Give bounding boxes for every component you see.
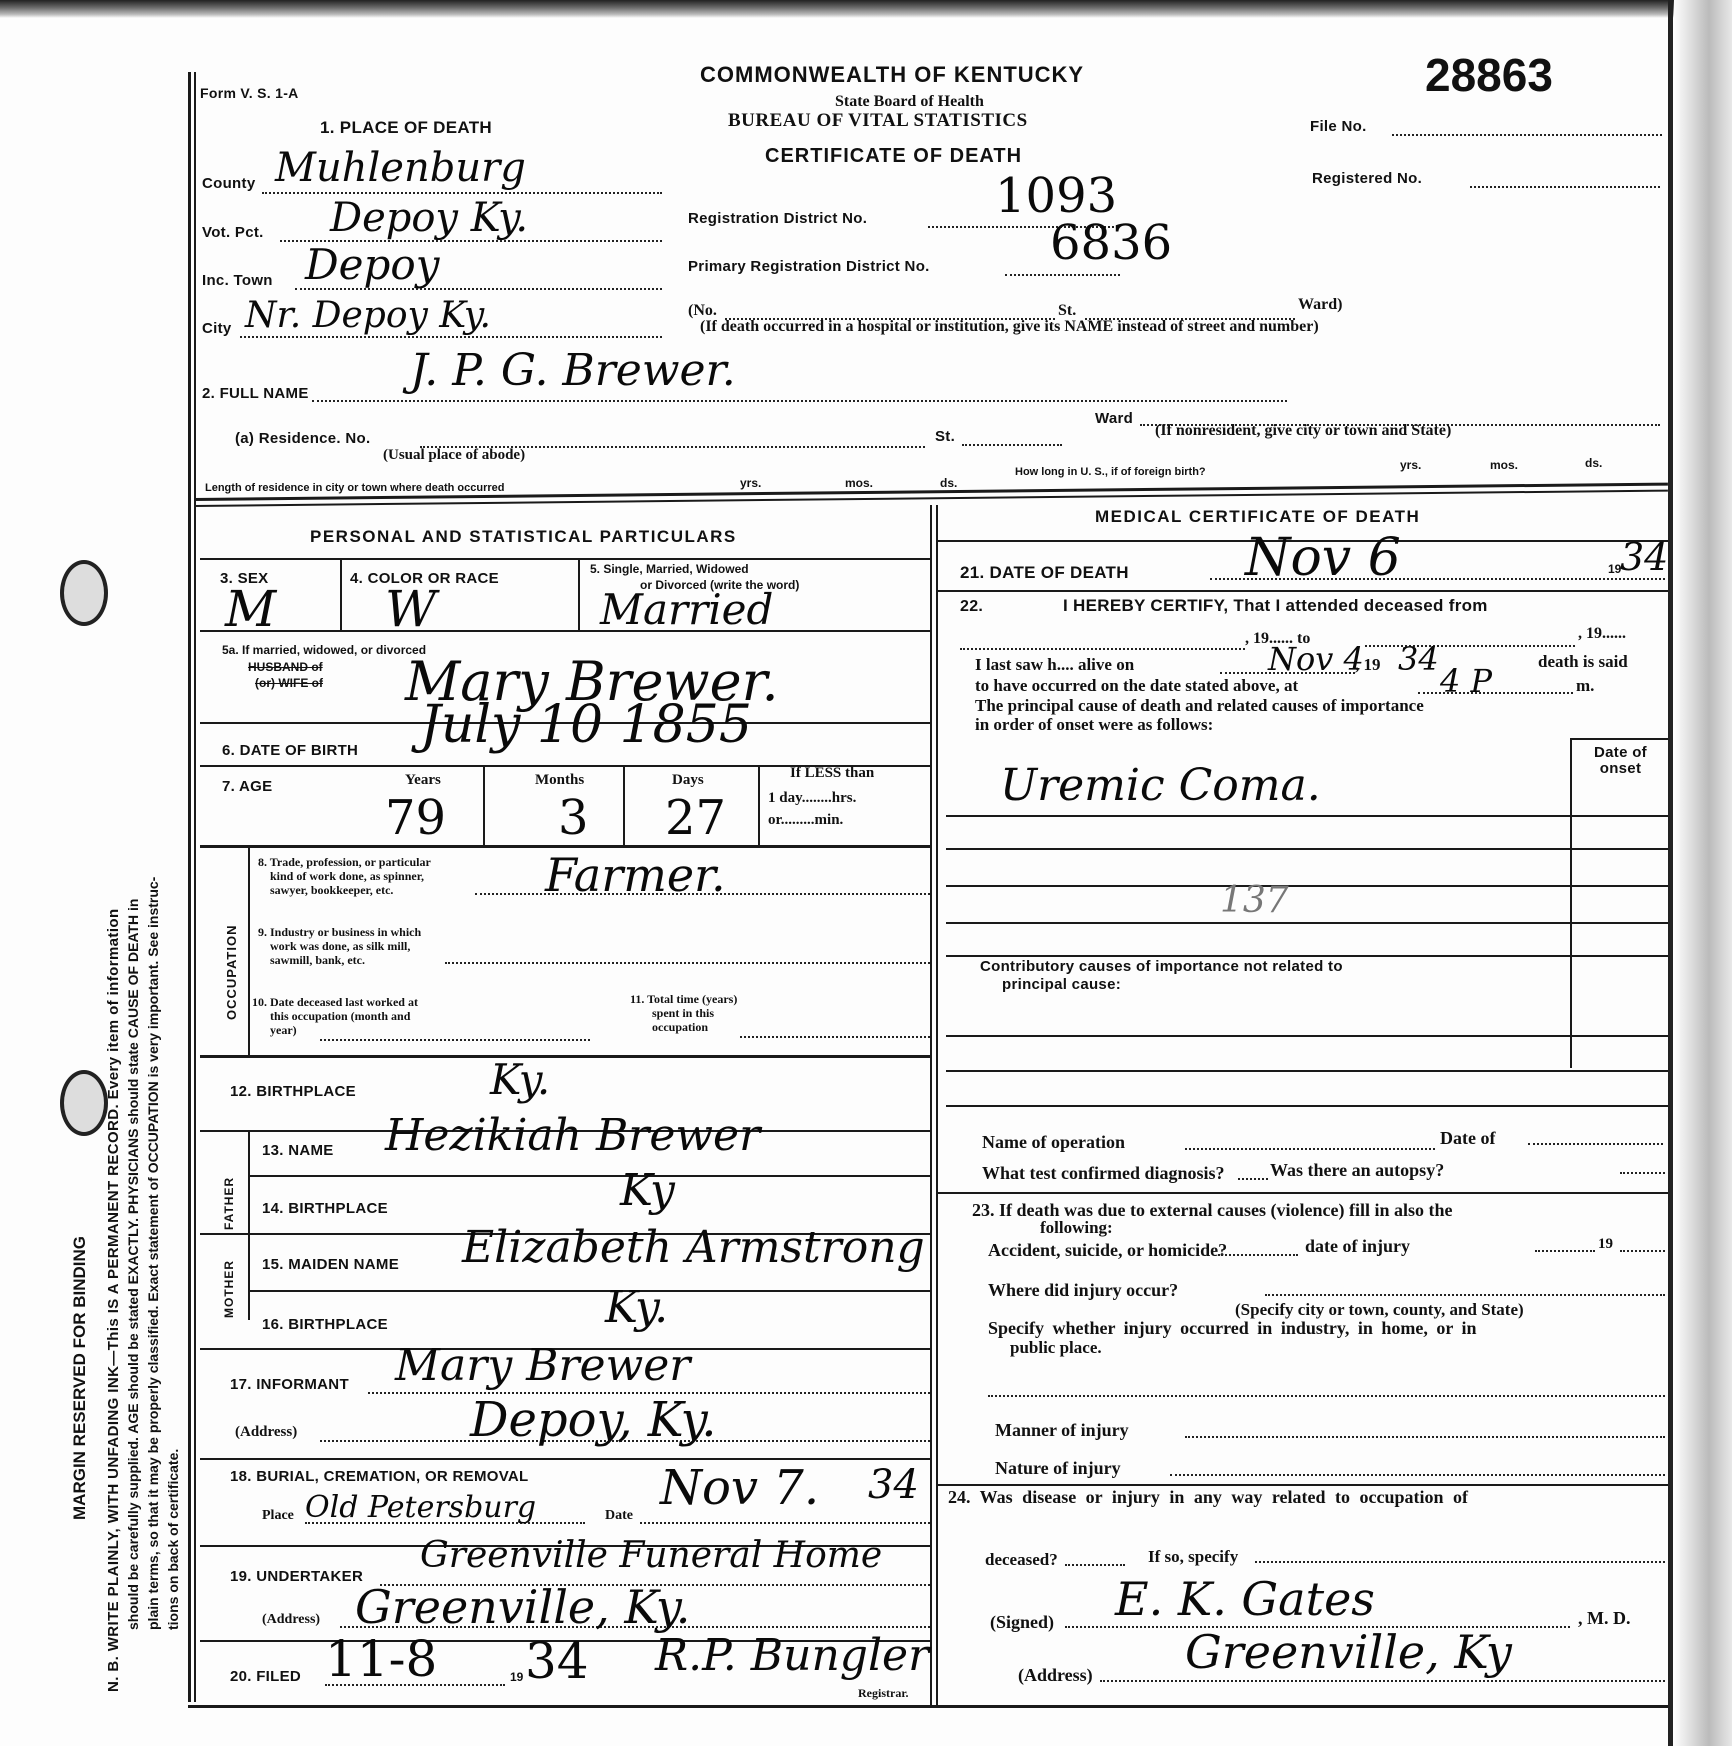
foreign-mos-label: mos. (1490, 458, 1518, 472)
foreign-ds-label: ds. (1585, 456, 1602, 470)
undertaker-address-value: Greenville, Ky. (355, 1580, 690, 1634)
nonresident-note: (If nonresident, give city or town and S… (1155, 422, 1451, 440)
date-of-death-label: 21. DATE OF DEATH (960, 563, 1129, 583)
residence-ward-label: Ward (1095, 410, 1133, 427)
test-field[interactable] (1238, 1178, 1268, 1180)
cause-line-4[interactable] (946, 922, 1668, 924)
row-line (200, 630, 930, 632)
operation-field[interactable] (1185, 1148, 1435, 1150)
filed-label: 20. FILED (230, 1668, 301, 1685)
mother-birthplace-label: 16. BIRTHPLACE (262, 1316, 388, 1333)
burial-place-value: Old Petersburg (305, 1490, 536, 1525)
total-time-label-2: spent in this (630, 1006, 737, 1020)
contributory-line-3[interactable] (946, 1105, 1668, 1107)
death-said-text: death is said (1538, 652, 1628, 672)
inc-town-label: Inc. Town (202, 272, 273, 289)
city-value: Nr. Depoy Ky. (245, 295, 491, 336)
county-value: Muhlenburg (275, 145, 526, 191)
industry-label-2: work was done, as silk mill, (258, 939, 421, 953)
date-of-onset-label: Date of onset (1578, 745, 1663, 777)
registered-no-label: Registered No. (1312, 170, 1422, 187)
row-line (200, 1458, 930, 1460)
signed-label: (Signed) (990, 1612, 1054, 1633)
injury-date-label: date of injury (1305, 1236, 1410, 1257)
cell-divider (483, 765, 485, 845)
total-time-label: 11. Total time (years) spent in this occ… (630, 992, 737, 1034)
onset-column-divider (1570, 738, 1572, 1068)
age-label: 7. AGE (222, 778, 272, 795)
city-field[interactable] (240, 336, 662, 338)
age-less-min: or.........min. (768, 812, 843, 829)
related-field[interactable] (1065, 1564, 1125, 1566)
operation-date-label: Date of (1440, 1128, 1495, 1149)
residence-st-field[interactable] (962, 444, 1062, 446)
autopsy-label: Was there an autopsy? (1270, 1160, 1444, 1181)
injury-date-field[interactable] (1535, 1250, 1595, 1252)
if-so-label: If so, specify (1148, 1547, 1238, 1567)
age-years-value: 79 (385, 790, 446, 846)
trade-label-3: sawyer, bookkeeper, etc. (258, 883, 431, 897)
scan-edge-top (0, 0, 1732, 18)
full-name-value: J. P. G. Brewer. (410, 345, 736, 396)
last-worked-label: 10. Date deceased last worked at this oc… (252, 995, 418, 1037)
nature-field[interactable] (1170, 1474, 1665, 1476)
onset-text: in order of onset were as follows: (975, 715, 1213, 735)
cell-divider (758, 765, 760, 845)
age-months-label: Months (535, 772, 584, 789)
father-name-value: Hezikiah Brewer (385, 1110, 760, 1161)
form-bottom-border (188, 1705, 1668, 1708)
where-field[interactable] (1265, 1294, 1665, 1296)
medical-address-label: (Address) (1018, 1665, 1093, 1686)
undertaker-address-label: (Address) (262, 1612, 320, 1628)
registered-no-field[interactable] (1470, 186, 1660, 188)
contributory-label-2: principal cause: (1002, 976, 1121, 993)
informant-label: 17. INFORMANT (230, 1376, 349, 1393)
street-ward-label: Ward) (1298, 296, 1342, 314)
spouse-label-wife: (or) WIFE of (255, 676, 323, 690)
attended-to-end: , 19...... (1578, 625, 1626, 643)
county-label: County (202, 175, 255, 192)
vot-pct-label: Vot. Pct. (202, 224, 264, 241)
medical-heading: MEDICAL CERTIFICATE OF DEATH (1095, 507, 1420, 527)
scan-edge-right (1674, 0, 1732, 1746)
last-worked-label-3: year) (252, 1023, 418, 1037)
age-years-label: Years (405, 772, 441, 789)
form-left-border (188, 72, 191, 1702)
where-note: (Specify city or town, county, and State… (1235, 1300, 1524, 1320)
cause-line-1[interactable] (946, 815, 1668, 817)
trade-label-1: 8. Trade, profession, or particular (258, 855, 431, 869)
father-birthplace-value: Ky (620, 1165, 675, 1216)
birthplace-label: 12. BIRTHPLACE (230, 1083, 356, 1100)
row-line (936, 1192, 1668, 1194)
residence-usual-place: (Usual place of abode) (383, 447, 525, 464)
hospital-note: (If death occurred in a hospital or inst… (700, 318, 1319, 336)
burial-label: 18. BURIAL, CREMATION, OR REMOVAL (230, 1468, 529, 1485)
filed-year-value: 34 (525, 1632, 589, 1690)
cause-line-2[interactable] (946, 848, 1668, 850)
age-months-value: 3 (558, 790, 589, 846)
trade-label-2: kind of work done, as spinner, (258, 869, 431, 883)
onset-top-line (1570, 738, 1668, 740)
industry-label-3: sawmill, bank, etc. (258, 953, 421, 967)
informant-address-label: (Address) (235, 1424, 297, 1441)
city-label: City (202, 320, 232, 337)
header-title: CERTIFICATE OF DEATH (765, 145, 1022, 168)
occurred-text: to have occurred on the date stated abov… (975, 676, 1298, 696)
injury-year-field[interactable] (1620, 1250, 1665, 1252)
punch-hole-top (60, 560, 108, 626)
primary-district-label: Primary Registration District No. (688, 258, 930, 275)
last-worked-field[interactable] (320, 1039, 590, 1041)
age-less-day: 1 day........hrs. (768, 790, 856, 807)
cause-code: 137 (1220, 880, 1289, 921)
burial-year-value: 34 (868, 1462, 919, 1508)
occupation-side-label: OCCUPATION (224, 925, 239, 1020)
cause-line-3[interactable] (946, 885, 1668, 887)
header-commonwealth: COMMONWEALTH OF KENTUCKY (700, 62, 1084, 88)
filed-date-value: 11-8 (325, 1630, 437, 1688)
row-line (200, 558, 930, 560)
column-divider (930, 505, 932, 1705)
certify-number: 22. (960, 598, 983, 616)
dob-label: 6. DATE OF BIRTH (222, 742, 358, 759)
header-board: State Board of Health (835, 93, 984, 111)
length-mos-label: mos. (845, 476, 873, 490)
signed-value: E. K. Gates (1115, 1572, 1375, 1626)
burial-place-label: Place (262, 1508, 294, 1524)
foreign-yrs-label: yrs. (1400, 458, 1421, 472)
personal-heading: PERSONAL AND STATISTICAL PARTICULARS (310, 527, 737, 547)
last-saw-year-prefix: , 19 (1355, 655, 1381, 675)
principal-text: The principal cause of death and related… (975, 696, 1424, 716)
residence-st-label: St. (935, 428, 955, 445)
burial-date-label: Date (605, 1508, 633, 1524)
autopsy-field[interactable] (1620, 1172, 1665, 1174)
cell-divider (623, 765, 625, 845)
registrar-signature: R.P. Bungler (655, 1630, 929, 1681)
margin-instructions-line1: N. B. WRITE PLAINLY, WITH UNFADING INK—T… (105, 908, 122, 1692)
header-bureau: BUREAU OF VITAL STATISTICS (728, 110, 1028, 132)
contributory-line-2[interactable] (946, 1070, 1668, 1072)
marital-value: Married (600, 585, 773, 634)
cause-line-5[interactable] (946, 955, 1668, 957)
specify-field[interactable] (988, 1395, 1665, 1397)
manner-label: Manner of injury (995, 1420, 1129, 1441)
place-of-death-heading: 1. PLACE OF DEATH (320, 118, 492, 138)
row-line (200, 1055, 930, 1058)
inc-town-value: Depoy (305, 240, 439, 289)
file-no-label: File No. (1310, 118, 1367, 135)
accident-field[interactable] (1218, 1254, 1298, 1256)
total-time-label-1: 11. Total time (years) (630, 992, 737, 1006)
test-label: What test confirmed diagnosis? (982, 1163, 1225, 1184)
industry-label: 9. Industry or business in which work wa… (258, 925, 421, 967)
last-worked-label-2: this occupation (month and (252, 1009, 418, 1023)
form-number: Form V. S. 1-A (200, 85, 299, 101)
mother-name-value: Elizabeth Armstrong (462, 1222, 925, 1273)
row-line (248, 1290, 930, 1292)
burial-date-value: Nov 7. (660, 1460, 819, 1516)
related-label: 24. Was disease or injury in any way rel… (948, 1487, 1468, 1508)
form-right-border (1668, 0, 1673, 1746)
where-label: Where did injury occur? (988, 1280, 1178, 1301)
full-name-label: 2. FULL NAME (202, 385, 309, 402)
nature-label: Nature of injury (995, 1458, 1121, 1479)
burial-date-field[interactable] (640, 1522, 930, 1524)
informant-address-value: Depoy, Ky. (470, 1392, 717, 1448)
deceased-label: deceased? (985, 1550, 1058, 1570)
last-saw-year: 34 (1398, 640, 1439, 678)
specify-label: Specify whether injury occurred in indus… (988, 1318, 1477, 1339)
contributory-label: Contributory causes of importance not re… (980, 958, 1343, 975)
attended-to-field[interactable] (1365, 645, 1575, 647)
dob-value: July 10 1855 (420, 695, 752, 755)
last-worked-label-1: 10. Date deceased last worked at (252, 995, 418, 1009)
margin-instructions-line3: plain terms, so that it may be properly … (145, 877, 161, 1630)
residence-label: (a) Residence. No. (235, 430, 370, 447)
primary-district-field[interactable] (1005, 274, 1120, 276)
length-of-residence-label: Length of residence in city or town wher… (205, 482, 505, 494)
full-name-field[interactable] (312, 400, 1287, 402)
contributory-line-1[interactable] (946, 1035, 1668, 1037)
mother-side-label: MOTHER (222, 1260, 236, 1318)
margin-binding-note: MARGIN RESERVED FOR BINDING (70, 1236, 90, 1520)
manner-field[interactable] (1185, 1436, 1665, 1438)
registration-district-label: Registration District No. (688, 210, 867, 227)
stamp-number: 28863 (1425, 48, 1553, 102)
cell-divider (340, 558, 342, 630)
last-saw-label: I last saw h.... alive on (975, 655, 1134, 675)
column-divider-inner (936, 505, 938, 1705)
industry-label-1: 9. Industry or business in which (258, 925, 421, 939)
attended-from-field[interactable] (960, 648, 1245, 650)
injury-year-label: 19 (1598, 1236, 1613, 1253)
last-saw-value: Nov 4 (1268, 640, 1364, 678)
form-left-border-inner (194, 72, 196, 1702)
row-line (248, 1175, 930, 1177)
industry-field[interactable] (445, 962, 930, 964)
spouse-label: 5a. If married, widowed, or divorced (222, 643, 426, 657)
certify-text: I HEREBY CERTIFY, That I attended deceas… (1063, 596, 1488, 616)
total-time-label-3: occupation (630, 1020, 737, 1034)
foreign-birth-label: How long in U. S., if of foreign birth? (1015, 466, 1206, 478)
age-less-label: If LESS than (790, 765, 874, 782)
margin-instructions-line2: should be carefully supplied. AGE should… (125, 899, 141, 1630)
accident-label: Accident, suicide, or homicide? (988, 1240, 1227, 1261)
date-of-death-year: 34 (1620, 535, 1668, 579)
total-time-field[interactable] (740, 1036, 930, 1038)
operation-date-field[interactable] (1528, 1143, 1663, 1145)
father-side-label: FATHER (222, 1177, 236, 1230)
trade-value: Farmer. (545, 848, 726, 902)
trade-label: 8. Trade, profession, or particular kind… (258, 855, 431, 897)
medical-address-value: Greenville, Ky (1185, 1625, 1512, 1679)
file-no-field[interactable] (1392, 134, 1662, 136)
time-value: 4 P (1440, 662, 1492, 700)
undertaker-value: Greenville Funeral Home (420, 1535, 882, 1576)
cell-divider (578, 558, 580, 630)
specify-label-2: public place. (1010, 1338, 1102, 1358)
county-field[interactable] (262, 192, 662, 194)
punch-hole-bottom (60, 1070, 108, 1136)
marital-label: 5. Single, Married, Widowed (590, 562, 749, 576)
primary-district-value: 6836 (1050, 215, 1172, 271)
age-days-label: Days (672, 772, 704, 789)
cause-value: Uremic Coma. (1000, 760, 1321, 811)
margin-instructions-line4: tions on back of certificate. (165, 1449, 181, 1630)
time-suffix: m. (1576, 676, 1594, 696)
cell-divider (248, 845, 250, 1055)
length-ds-label: ds. (940, 476, 957, 490)
if-so-field[interactable] (1255, 1561, 1665, 1563)
birthplace-value: Ky. (490, 1055, 550, 1104)
undertaker-label: 19. UNDERTAKER (230, 1568, 363, 1585)
date-of-death-value: Nov 6 (1245, 528, 1401, 588)
medical-address-field[interactable] (1100, 1680, 1665, 1682)
operation-label: Name of operation (982, 1132, 1125, 1153)
row-line (936, 590, 1668, 592)
age-days-value: 27 (665, 790, 726, 846)
mother-birthplace-value: Ky. (605, 1282, 668, 1333)
spouse-label-husband: HUSBAND of (248, 660, 323, 674)
father-name-label: 13. NAME (262, 1142, 334, 1159)
md-label: , M. D. (1578, 1608, 1631, 1629)
mother-name-label: 15. MAIDEN NAME (262, 1256, 399, 1273)
length-yrs-label: yrs. (740, 476, 761, 490)
registrar-label: Registrar. (858, 1686, 909, 1701)
informant-value: Mary Brewer (395, 1340, 690, 1391)
father-birthplace-label: 14. BIRTHPLACE (262, 1200, 388, 1217)
filed-year-prefix: 19 (510, 1670, 523, 1684)
vot-pct-value: Depoy Ky. (330, 195, 528, 241)
external-label-2: following: (1040, 1218, 1113, 1238)
row-line (936, 1484, 1668, 1486)
